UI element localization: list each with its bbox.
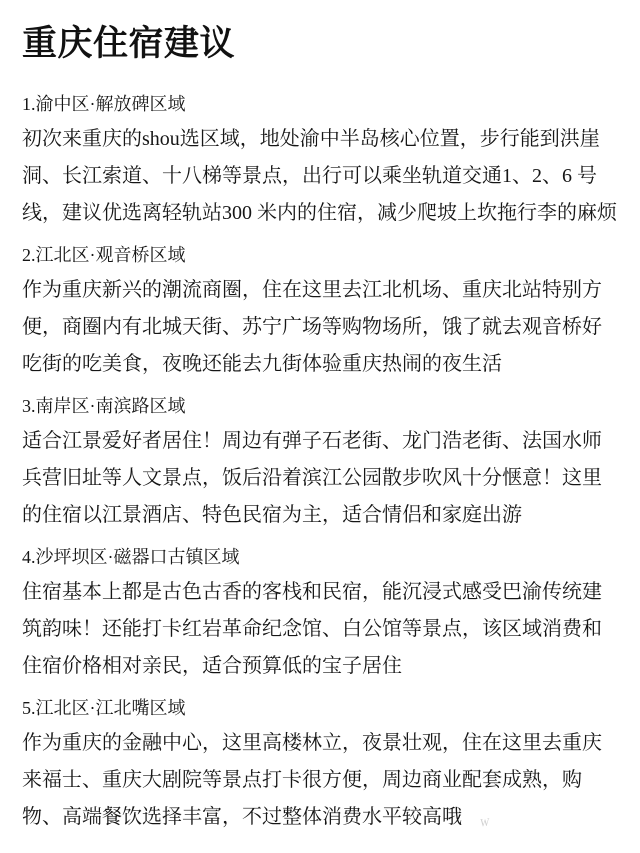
- section-ciqikou: 4.沙坪坝区·磁器口古镇区域 住宿基本上都是古色古香的客栈和民宿，能沉浸式感受巴…: [22, 541, 620, 685]
- page-title: 重庆住宿建议: [22, 22, 620, 66]
- section-body: 住宿基本上都是古色古香的客栈和民宿，能沉浸式感受巴渝传统建筑韵味！还能打卡红岩革…: [22, 574, 620, 685]
- section-jiangbeizui: 5.江北区·江北嘴区域 作为重庆的金融中心，这里高楼林立，夜景壮观，住在这里去重…: [22, 692, 620, 836]
- section-heading: 5.江北区·江北嘴区域: [22, 692, 620, 725]
- watermark-artifact: W: [479, 816, 490, 829]
- section-body: 作为重庆新兴的潮流商圈，住在这里去江北机场、重庆北站特别方便，商圈内有北城天街、…: [22, 272, 620, 383]
- section-heading: 2.江北区·观音桥区域: [22, 239, 620, 272]
- section-guanyinqiao: 2.江北区·观音桥区域 作为重庆新兴的潮流商圈，住在这里去江北机场、重庆北站特别…: [22, 239, 620, 383]
- section-yuzhong: 1.渝中区·解放碑区域 初次来重庆的shou选区域，地处渝中半岛核心位置，步行能…: [22, 88, 620, 232]
- section-body: 初次来重庆的shou选区域，地处渝中半岛核心位置，步行能到洪崖洞、长江索道、十八…: [22, 121, 620, 232]
- section-heading: 4.沙坪坝区·磁器口古镇区域: [22, 541, 620, 574]
- document-page: 重庆住宿建议 1.渝中区·解放碑区域 初次来重庆的shou选区域，地处渝中半岛核…: [0, 0, 640, 836]
- section-body: 作为重庆的金融中心，这里高楼林立，夜景壮观，住在这里去重庆来福士、重庆大剧院等景…: [22, 725, 620, 836]
- section-nanbinlu: 3.南岸区·南滨路区域 适合江景爱好者居住！周边有弹子石老街、龙门浩老街、法国水…: [22, 390, 620, 534]
- section-body: 适合江景爱好者居住！周边有弹子石老街、龙门浩老街、法国水师兵营旧址等人文景点，饭…: [22, 423, 620, 534]
- section-heading: 1.渝中区·解放碑区域: [22, 88, 620, 121]
- section-heading: 3.南岸区·南滨路区域: [22, 390, 620, 423]
